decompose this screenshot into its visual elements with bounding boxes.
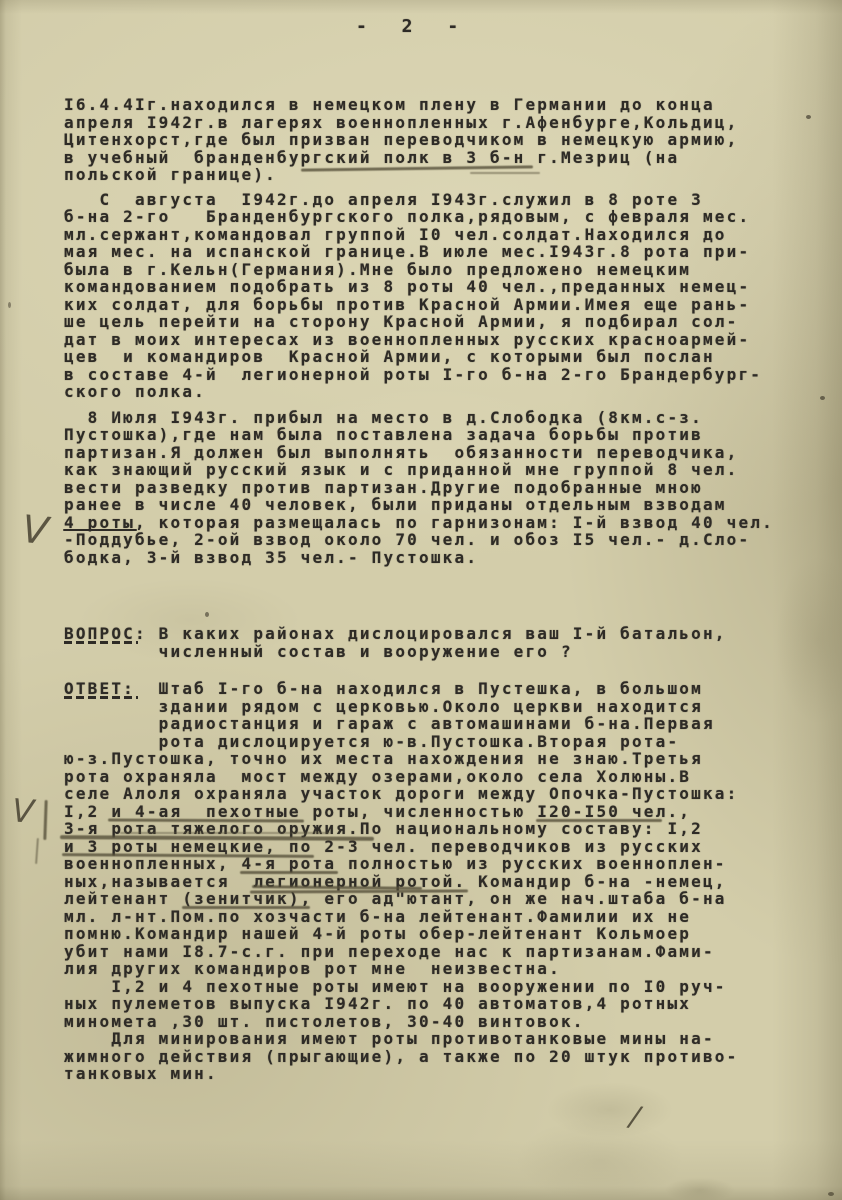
paper-speck <box>806 115 811 119</box>
text-line: военнопленных, 4-я рота полностью из рус… <box>64 855 804 873</box>
text-line: в составе 4-й легионерной роты I-го б-на… <box>64 366 804 384</box>
text-line: 4 роты, которая размещалась по гарнизона… <box>64 514 804 532</box>
text-line: командованием подобрать из 8 роты 40 чел… <box>64 278 804 296</box>
text-line: партизан.Я должен был выполнять обязанно… <box>64 444 804 462</box>
text-line: б-на 2-го Бранденбургского полка,рядовым… <box>64 208 804 226</box>
text-line: была в г.Кельн(Германия).Мне было предло… <box>64 261 804 279</box>
text-line: Для минирования имеют роты противотанков… <box>64 1030 804 1048</box>
text-line: миномета ,30 шт. пистолетов, 30-40 винто… <box>64 1013 804 1031</box>
paper-speck <box>828 1192 834 1196</box>
margin-line-2 <box>35 838 39 864</box>
text-line: ю-з.Пустошка, точно их места нахождения … <box>64 750 804 768</box>
text-line: лия других командиров рот мне неизвестна… <box>64 960 804 978</box>
text-line: здании рядом с церковью.Около церкви нах… <box>64 698 804 716</box>
text-line: ОТВЕТ: Штаб I-го б-на находился в Пустеш… <box>64 680 804 698</box>
text-line: жимного действия (прыгающие), а также по… <box>64 1048 804 1066</box>
text-line: помню.Командир нашей 4-й роты обер-лейте… <box>64 925 804 943</box>
paragraph-slobodka: 8 Июля I943г. прибыл на место в д.Слобод… <box>64 409 804 567</box>
text-line: Пустошка),где нам была поставлена задача… <box>64 426 804 444</box>
text-line: ского полка. <box>64 383 804 401</box>
paper-speck <box>820 396 825 400</box>
text-line: -Поддубье, 2-ой взвод около 70 чел. и об… <box>64 531 804 549</box>
text-line: как знающий русский язык и с приданной м… <box>64 461 804 479</box>
text-line: убит нами I8.7-с.г. при переходе нас к п… <box>64 943 804 961</box>
text-line: мл. л-нт.Пом.по хозчасти б-на лейтенант.… <box>64 908 804 926</box>
text-line: ше цель перейти на сторону Красной Армии… <box>64 313 804 331</box>
question-block: ВОПРОС: В каких районах дислоцировался в… <box>64 625 804 660</box>
margin-checkmark-1: V <box>20 507 50 553</box>
text-line: польской границе). <box>64 166 804 184</box>
text-line: рота дислоцируется ю-в.Пустошка.Вторая р… <box>64 733 804 751</box>
answer-block: ОТВЕТ: Штаб I-го б-на находился в Пустеш… <box>64 680 804 978</box>
paragraph-mines: Для минирования имеют роты противотанков… <box>64 1030 804 1083</box>
text-line: I,2 и 4-ая пехотные роты, численностью I… <box>64 803 804 821</box>
text-line: С августа I942г.до апреля I943г.служил в… <box>64 191 804 209</box>
document-body: I6.4.4Iг.находился в немецком плену в Ге… <box>64 0 804 1083</box>
text-line: танковых мин. <box>64 1065 804 1083</box>
text-line: лейтенант (зенитчик), его ад"ютант, он ж… <box>64 890 804 908</box>
text-line: вести разведку против партизан.Другие по… <box>64 479 804 497</box>
paragraph-brandenburg: С августа I942г.до апреля I943г.служил в… <box>64 191 804 401</box>
text-line: и 3 роты немецкие, по 2-3 чел. переводчи… <box>64 838 804 856</box>
paragraph-captivity: I6.4.4Iг.находился в немецком плену в Ге… <box>64 96 804 184</box>
scanned-document-page: - 2 - I6.4.4Iг.находился в немецком плен… <box>0 0 842 1200</box>
text-line: апреля I942г.в лагерях военнопленных г.А… <box>64 114 804 132</box>
text-line: радиостанция и гараж с автомашинами б-на… <box>64 715 804 733</box>
text-line: бодка, 3-й взвод 35 чел.- Пустошка. <box>64 549 804 567</box>
margin-checkmark-2: V <box>11 791 35 830</box>
text-line: I6.4.4Iг.находился в немецком плену в Ге… <box>64 96 804 114</box>
text-line: численный состав и вооружение его ? <box>64 643 804 661</box>
text-line: ранее в числе 40 человек, были приданы о… <box>64 496 804 514</box>
text-line: ких солдат, для борьбы против Красной Ар… <box>64 296 804 314</box>
text-line: дат в моих интересах из военнопленных ру… <box>64 331 804 349</box>
paper-speck <box>8 302 11 308</box>
text-line: селе Алоля охраняла участок дороги между… <box>64 785 804 803</box>
text-line: ных,называется легионерной ротой. Команд… <box>64 873 804 891</box>
text-line: ВОПРОС: В каких районах дислоцировался в… <box>64 625 804 643</box>
text-line: в учебный бранденбургский полк в 3 б-н г… <box>64 149 804 167</box>
margin-line-1 <box>43 800 47 840</box>
text-line: 8 Июля I943г. прибыл на место в д.Слобод… <box>64 409 804 427</box>
text-line: мая мес. на испанской границе.В июле мес… <box>64 243 804 261</box>
text-line: 3-я рота тяжелого оружия.По национальном… <box>64 820 804 838</box>
text-line: ных пулеметов выпуска I942г. по 40 автом… <box>64 995 804 1013</box>
text-line: I,2 и 4 пехотные роты имеют на вооружени… <box>64 978 804 996</box>
text-line: мл.сержант,командовал группой I0 чел.сол… <box>64 226 804 244</box>
paragraph-weapons: I,2 и 4 пехотные роты имеют на вооружени… <box>64 978 804 1031</box>
text-line: Цитенхорст,где был призван переводчиком … <box>64 131 804 149</box>
text-line: рота охраняла мост между озерами,около с… <box>64 768 804 786</box>
text-line: цев и командиров Красной Армии, с которы… <box>64 348 804 366</box>
pencil-slash-bottom: / <box>628 1100 642 1134</box>
